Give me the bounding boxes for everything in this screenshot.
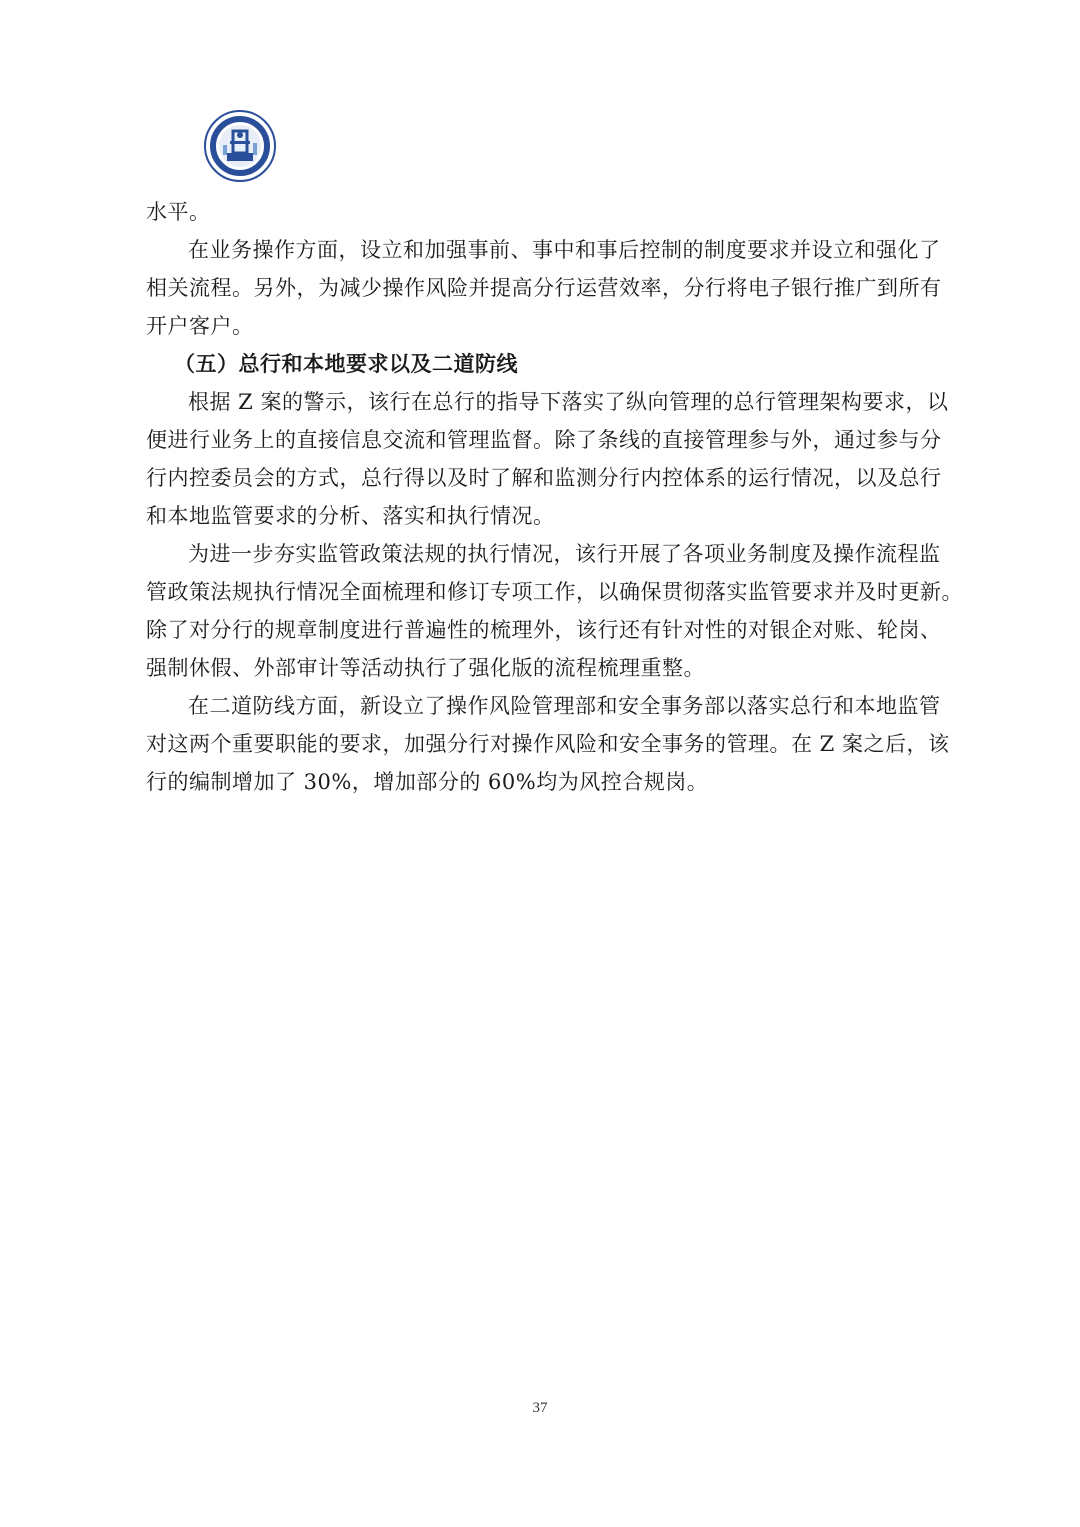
organization-logo bbox=[203, 109, 277, 183]
paragraph-line: 根据 Z 案的警示，该行在总行的指导下落实了纵向管理的总行管理架构要求，以 bbox=[146, 383, 946, 421]
paragraph-line: 强制休假、外部审计等活动执行了强化版的流程梳理重整。 bbox=[146, 649, 946, 687]
section-heading: （五）总行和本地要求以及二道防线 bbox=[146, 345, 946, 383]
paragraph-line: 行内控委员会的方式，总行得以及时了解和监测分行内控体系的运行情况，以及总行 bbox=[146, 459, 946, 497]
paragraph-line: 开户客户。 bbox=[146, 307, 946, 345]
paragraph-line: 为进一步夯实监管政策法规的执行情况，该行开展了各项业务制度及操作流程监 bbox=[146, 535, 946, 573]
paragraph-line: 对这两个重要职能的要求，加强分行对操作风险和安全事务的管理。在 Z 案之后，该 bbox=[146, 725, 946, 763]
paragraph-line: 在业务操作方面，设立和加强事前、事中和事后控制的制度要求并设立和强化了 bbox=[146, 231, 946, 269]
paragraph-line: 和本地监管要求的分析、落实和执行情况。 bbox=[146, 497, 946, 535]
document-body: 水平。 在业务操作方面，设立和加强事前、事中和事后控制的制度要求并设立和强化了 … bbox=[146, 193, 946, 801]
page-number: 37 bbox=[0, 1400, 1080, 1417]
paragraph-line: 行的编制增加了 30%，增加部分的 60%均为风控合规岗。 bbox=[146, 763, 946, 801]
paragraph-line: 在二道防线方面，新设立了操作风险管理部和安全事务部以落实总行和本地监管 bbox=[146, 687, 946, 725]
paragraph-line: 相关流程。另外，为减少操作风险并提高分行运营效率，分行将电子银行推广到所有 bbox=[146, 269, 946, 307]
paragraph-line: 管政策法规执行情况全面梳理和修订专项工作，以确保贯彻落实监管要求并及时更新。 bbox=[146, 573, 946, 611]
paragraph-line: 便进行业务上的直接信息交流和管理监督。除了条线的直接管理参与外，通过参与分 bbox=[146, 421, 946, 459]
paragraph-line: 水平。 bbox=[146, 193, 946, 231]
paragraph-line: 除了对分行的规章制度进行普遍性的梳理外，该行还有针对性的对银企对账、轮岗、 bbox=[146, 611, 946, 649]
